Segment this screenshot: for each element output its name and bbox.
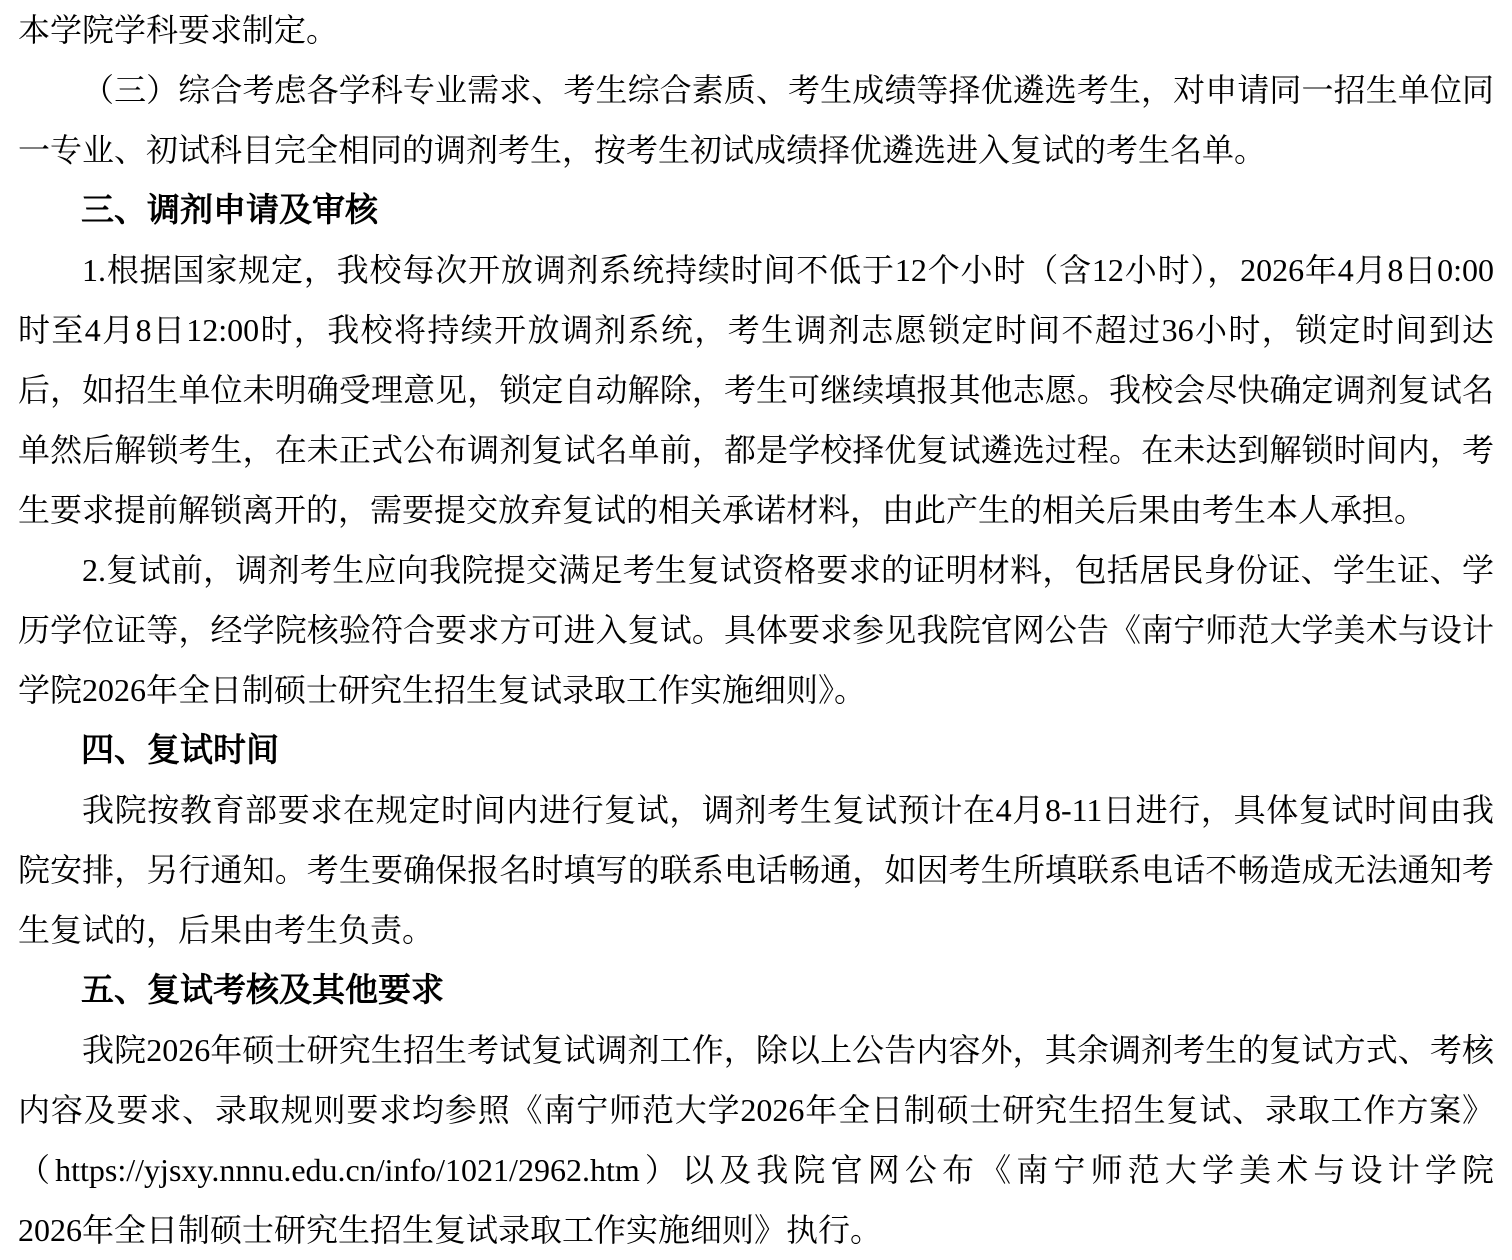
section-heading: 三、调剂申请及审核 — [18, 180, 1494, 240]
text-line: 2.复试前，调剂考生应向我院提交满足考生复试资格要求的证明材料，包括居民身份证、… — [18, 540, 1494, 600]
text-line: （https://yjsxy.nnnu.edu.cn/info/1021/296… — [18, 1140, 1494, 1200]
text-line: 本学院学科要求制定。 — [18, 0, 1494, 60]
text-line: 时至4月8日12:00时，我校将持续开放调剂系统，考生调剂志愿锁定时间不超过36… — [18, 300, 1494, 360]
text-line: 我院2026年硕士研究生招生考试复试调剂工作，除以上公告内容外，其余调剂考生的复… — [18, 1020, 1494, 1080]
text-line: 我院按教育部要求在规定时间内进行复试，调剂考生复试预计在4月8-11日进行，具体… — [18, 780, 1494, 840]
section-heading: 四、复试时间 — [18, 720, 1494, 780]
text-line: 内容及要求、录取规则要求均参照《南宁师范大学2026年全日制硕士研究生招生复试、… — [18, 1080, 1494, 1140]
text-line: 后，如招生单位未明确受理意见，锁定自动解除，考生可继续填报其他志愿。我校会尽快确… — [18, 360, 1494, 420]
text-line: （三）综合考虑各学科专业需求、考生综合素质、考生成绩等择优遴选考生，对申请同一招… — [18, 60, 1494, 120]
text-line: 单然后解锁考生，在未正式公布调剂复试名单前，都是学校择优复试遴选过程。在未达到解… — [18, 420, 1494, 480]
text-line: 一专业、初试科目完全相同的调剂考生，按考生初试成绩择优遴选进入复试的考生名单。 — [18, 120, 1494, 180]
text-line: 学院2026年全日制硕士研究生招生复试录取工作实施细则》。 — [18, 660, 1494, 720]
section-heading: 五、复试考核及其他要求 — [18, 960, 1494, 1020]
document-page: 本学院学科要求制定。 （三）综合考虑各学科专业需求、考生综合素质、考生成绩等择优… — [0, 0, 1512, 1260]
text-line: 2026年全日制硕士研究生招生复试录取工作实施细则》执行。 — [18, 1200, 1494, 1260]
text-line: 生复试的，后果由考生负责。 — [18, 900, 1494, 960]
text-line: 1.根据国家规定，我校每次开放调剂系统持续时间不低于12个小时（含12小时），2… — [18, 240, 1494, 300]
text-line: 生要求提前解锁离开的，需要提交放弃复试的相关承诺材料，由此产生的相关后果由考生本… — [18, 480, 1494, 540]
text-line: 院安排，另行通知。考生要确保报名时填写的联系电话畅通，如因考生所填联系电话不畅造… — [18, 840, 1494, 900]
text-line: 历学位证等，经学院核验符合要求方可进入复试。具体要求参见我院官网公告《南宁师范大… — [18, 600, 1494, 660]
